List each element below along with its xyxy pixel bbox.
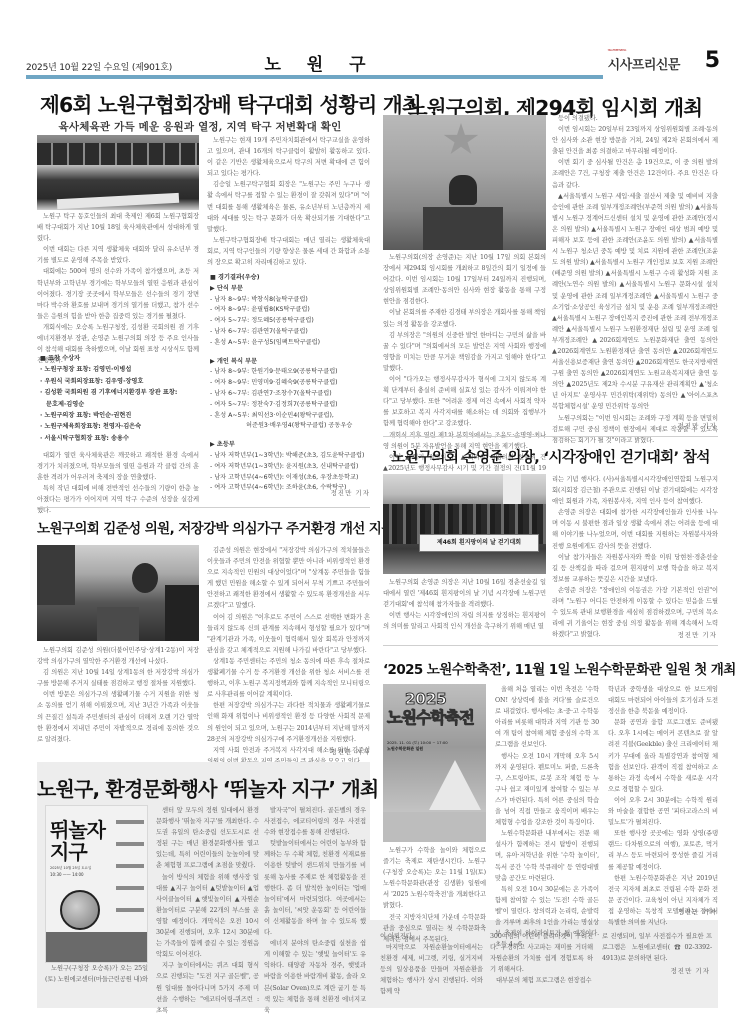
logo-text: 시사프리신문 xyxy=(608,58,680,73)
math-festival-poster: 2025 노원수학축전 2025. 11. 01 (토) 10:00 ~ 17:… xyxy=(383,684,486,842)
article-body-col2: 노원구는 현재 19개 주민자치회관에서 탁구교실을 운영하고 있으며, 관내 … xyxy=(207,135,370,268)
byline: 정진만 기자 xyxy=(645,421,717,430)
walk-event-photo: 제46회 흰지팡이의 날 걷기대회 xyxy=(383,474,546,574)
article-body-col1: 노원구의회 김준성 의원(더불어민주당·상계1·2동)이 저장강박 의심가구의 … xyxy=(37,645,199,745)
headline: 제6회 노원구협회장배 탁구대회 성황리 개최 xyxy=(40,88,360,118)
article-body-col2: 리는 기념 행사다. (사)서울특별시시각장애인연합회 노원구지회(지회장 김근… xyxy=(552,474,718,640)
byline: 정진만 기자 xyxy=(645,630,717,639)
person-figure xyxy=(132,563,158,593)
person-figure xyxy=(97,607,139,641)
headline: 노원구의회 김준성 의원, 저장강박 의심가구 주거환경 개선 지원 나서 xyxy=(37,517,370,537)
poster-footer xyxy=(46,932,147,962)
byline: 정진만 기자 xyxy=(640,966,710,975)
globe-mascot-icon xyxy=(60,890,100,930)
poster-time: 10:30 —— 14:00 xyxy=(50,872,84,877)
council-emblem-icon xyxy=(443,123,479,157)
speaker-figure xyxy=(449,175,477,205)
subhead: 육사체육관 가득 메운 응원과 열정, 지역 탁구 저변확대 확인 xyxy=(40,119,360,134)
article-body-col3: 학년과 중학생을 대상으로 한 보드게임 대회도 마련되어 아이들의 호기심과 … xyxy=(608,684,718,928)
table-tennis-photo xyxy=(37,135,199,210)
section-title: 노 원 구 xyxy=(240,50,400,75)
event-banner: 제46회 흰지팡이의 날 걷기대회 xyxy=(419,534,539,552)
eco-festival-poster: 뛰놀자 지구 2025년 10월 25일 토요일 10:30 —— 14:00 xyxy=(45,805,148,963)
poster-side-panel xyxy=(116,820,144,920)
byline: 정진만 기자 xyxy=(645,907,717,916)
newspaper-page: 2025년 10월 22일 수요일 (제901호) 노 원 구 SISA FRE… xyxy=(0,0,743,1025)
person-figure xyxy=(165,585,199,641)
byline: 정진만 기자 xyxy=(300,747,370,756)
article-body-col2: 센터 앞 모두의 정원 일대에서 환경문화행사 '뛰놀자 지구'를 개최한다. … xyxy=(156,805,259,1016)
event-banner xyxy=(57,193,179,209)
council-session-photo xyxy=(383,115,546,250)
headline: 노원구의회 손영준 의장, ‘시각장애인 걷기대회’ 참석 xyxy=(383,446,718,467)
headline: ‘2025 노원수학축전’, 11월 1일 노원수학문화관 일원 첫 개최 xyxy=(383,658,718,678)
hoarding-visit-photo xyxy=(37,545,199,641)
poster-title-line2: 지구 xyxy=(50,842,87,862)
newspaper-logo: SISA FREE NEWS 시사프리신문 xyxy=(608,54,680,73)
article-body-col3: 발자국"이 펼쳐진다. 골든벨의 경우 사전접수, 에코티어링의 경우 사전접수… xyxy=(264,805,366,1016)
building xyxy=(503,474,521,504)
article-body-col2: 올해 처음 열리는 이번 축전은 '수학 ON! 상상력에 불을 켜다'를 슬로… xyxy=(495,684,599,950)
poster-caption: 노원구(구청장 오승록)가 오는 25일(토) 노원에코센터(마들근린공원 내)… xyxy=(45,963,148,985)
divider xyxy=(37,507,370,508)
article-body-col2: 등이 의결됐다. 이번 임시회는 20일부터 23일까지 상임위원회별 조례·동… xyxy=(552,113,718,446)
triangle-ruler-icon xyxy=(429,760,481,810)
speaker-podium xyxy=(423,207,503,250)
poster-place: 노원수학문화관 일원 xyxy=(387,746,423,752)
masthead-rule xyxy=(26,75,603,79)
issue-date: 2025년 10월 22일 수요일 (제901호) xyxy=(26,60,172,73)
poster-date: 2025년 10월 25일 토요일 xyxy=(50,866,91,871)
poster-title: 노원수학축전 xyxy=(387,710,474,726)
article-body-col1: 노원구 탁구 동호인들의 최대 축제인 제6회 노원구협회장배 탁구대회가 지난… xyxy=(37,211,199,366)
article-body-col1: 노원구의회 손영준 의장은 지난 10월 16일 경춘선숲길 일대에서 열린 '… xyxy=(383,577,546,632)
poster-caption: 노원구가 수학을 놀이와 체험으로 즐기는 축제로 재탄생시킨다. 노원구(구청… xyxy=(383,845,486,945)
byline: 정진만 기자 xyxy=(300,488,370,497)
match-results: ■ 경기결과(우승) ▶ 단식 부문 - 남자 8~9부: 박창식8(늘탁구클럽… xyxy=(210,273,375,494)
gym-windows xyxy=(37,143,199,165)
awards-list: ■ 표창 수상자 · 노원구청장 표창: 김영민·이병섭 · 우원식 국회의장표… xyxy=(40,353,200,444)
article-body-col2: 김준성 의원은 현장에서 "저장강박 의심가구의 적치물들은 이웃들과 주민의 … xyxy=(207,545,370,767)
poster-ground xyxy=(383,812,486,842)
page-number: 5 xyxy=(705,48,720,73)
building-wall xyxy=(37,545,75,605)
masthead: 2025년 10월 22일 수요일 (제901호) 노 원 구 SISA FRE… xyxy=(26,44,720,80)
divider xyxy=(383,645,718,646)
divider xyxy=(383,436,718,437)
article-body-col6: 로 진행되며, 일부 사전접수가 필요한 프로그램은 노원에코센터(☎02-33… xyxy=(602,931,712,964)
poster-year: 2025 xyxy=(405,692,447,707)
poster-title-line1: 뛰놀자 xyxy=(50,820,105,840)
headline: 노원구, 환경문화행사 ‘뛰놀자 지구’ 개최 xyxy=(37,773,370,802)
logo-tagline: SISA FREE NEWS xyxy=(608,48,626,52)
